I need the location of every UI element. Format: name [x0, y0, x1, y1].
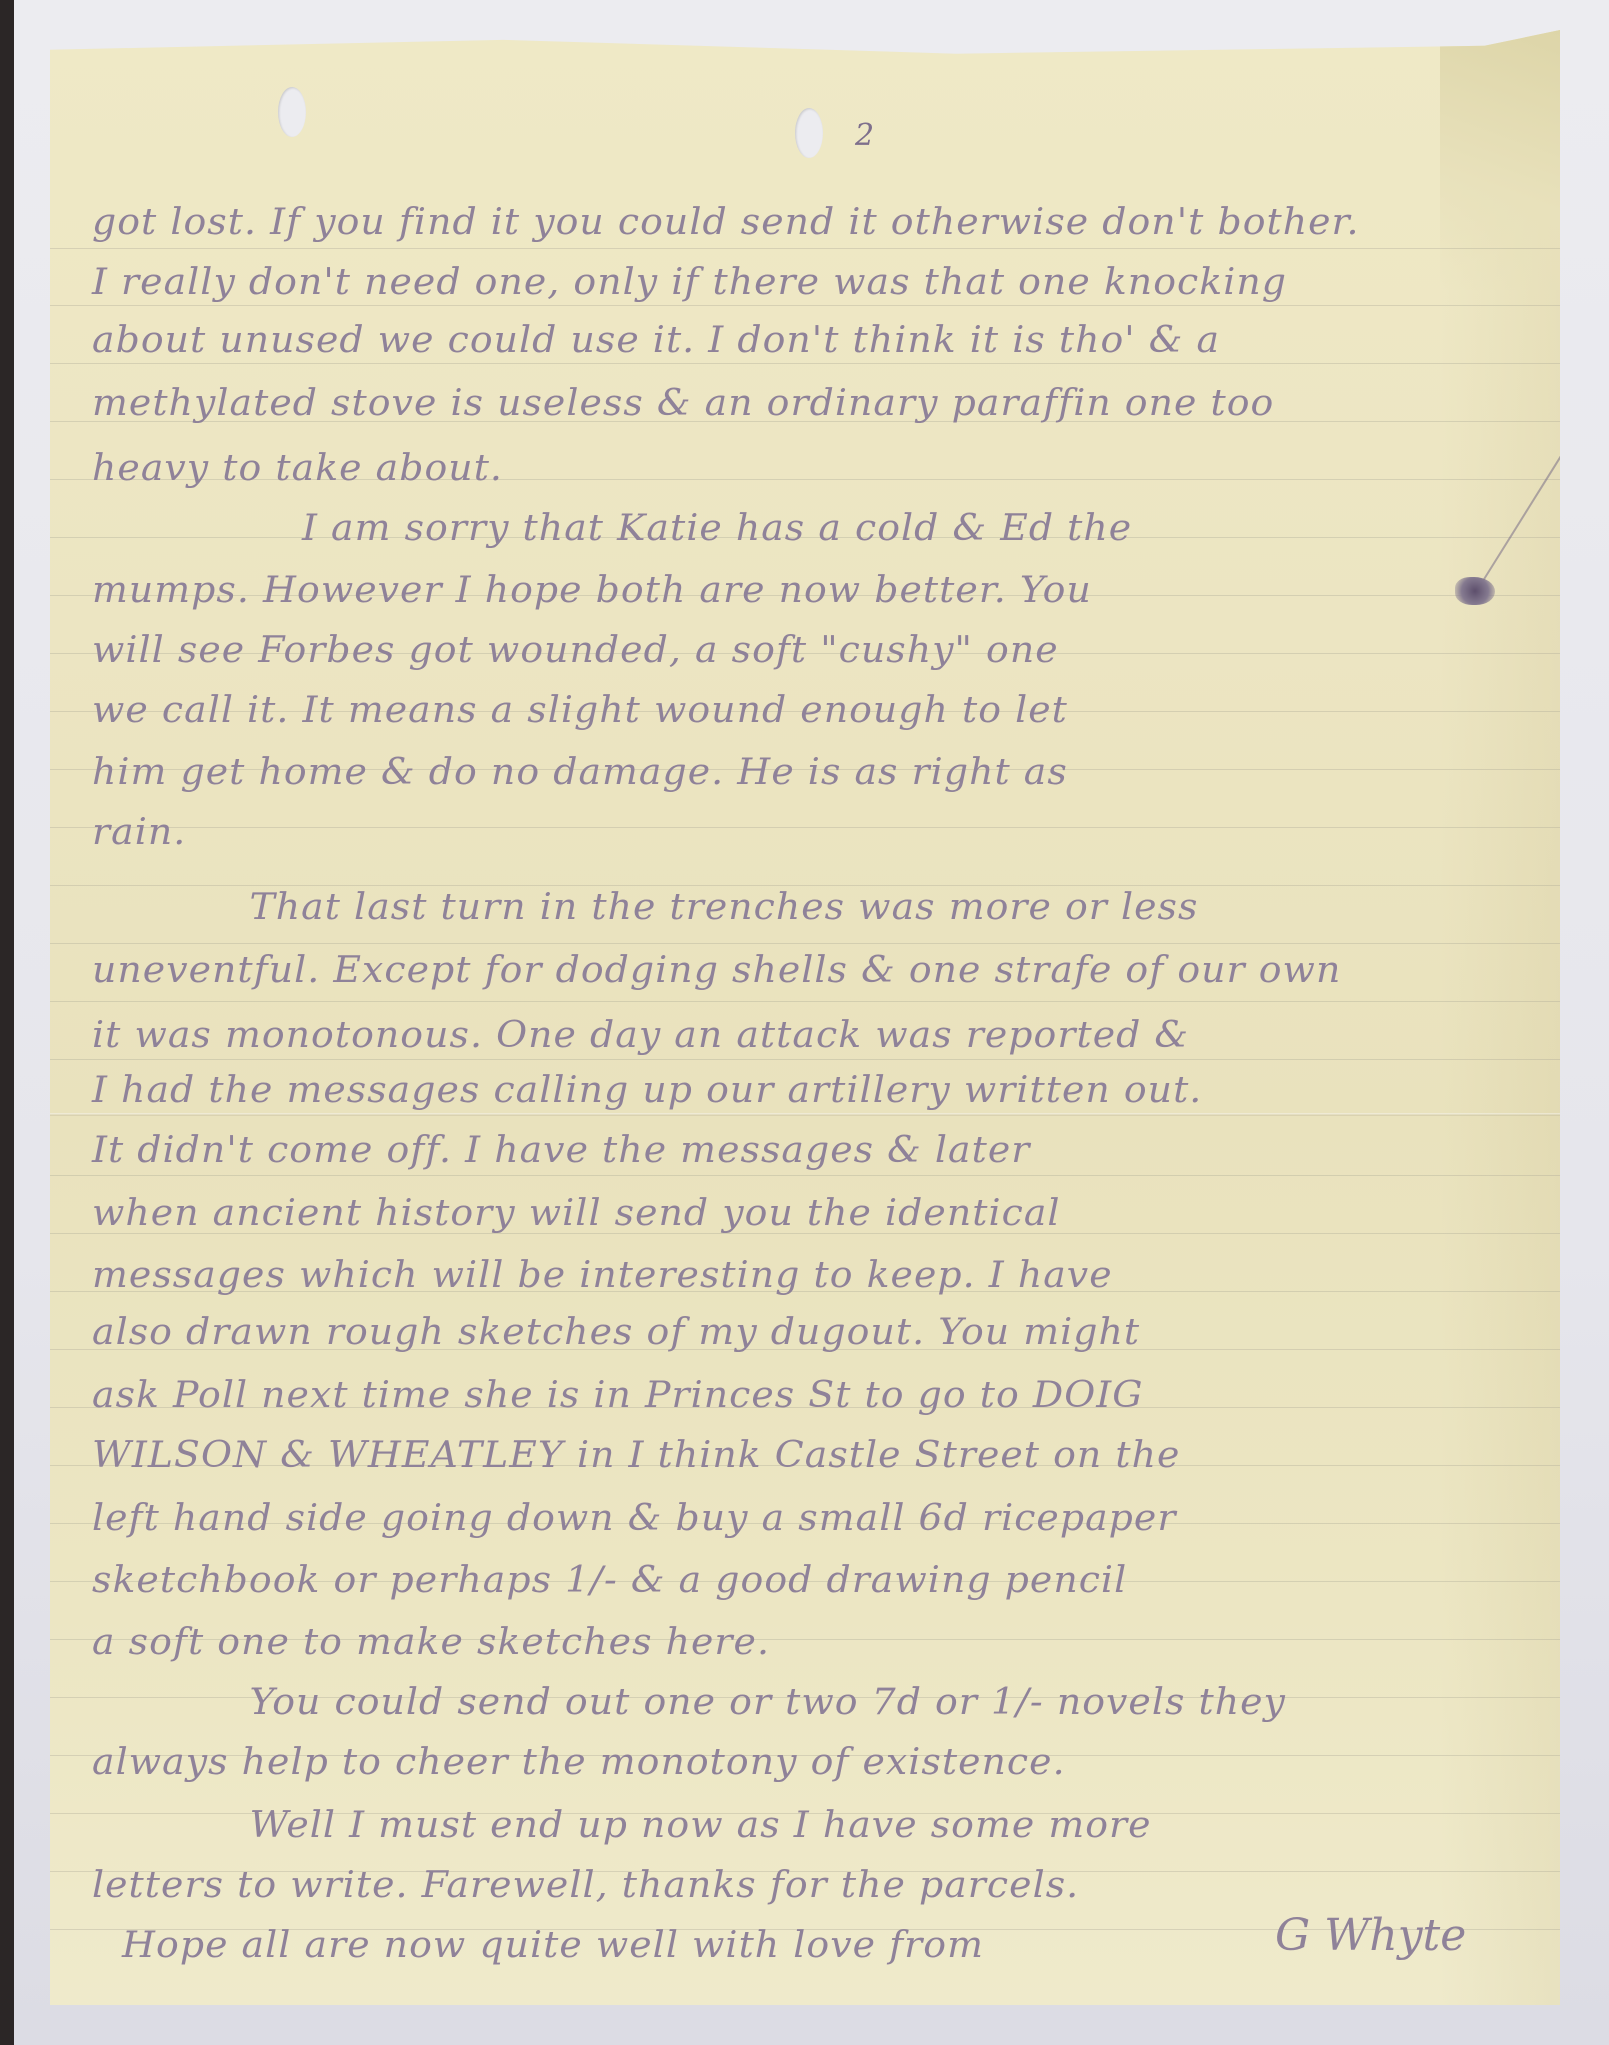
letter-line: messages which will be interesting to ke… — [92, 1255, 1604, 1296]
fold-crease — [50, 1113, 1560, 1116]
letter-line: I really don't need one, only if there w… — [92, 262, 1604, 303]
letter-line: a soft one to make sketches here. — [92, 1622, 1604, 1663]
letter-line: ask Poll next time she is in Princes St … — [92, 1375, 1604, 1416]
ruled-line — [50, 1001, 1560, 1002]
letter-line: when ancient history will send you the i… — [92, 1193, 1604, 1234]
letter-line: That last turn in the trenches was more … — [92, 887, 1609, 928]
ruled-line — [50, 1059, 1560, 1060]
letter-line: got lost. If you find it you could send … — [92, 202, 1604, 243]
letter-line: letters to write. Farewell, thanks for t… — [92, 1865, 1604, 1906]
letter-line: I am sorry that Katie has a cold & Ed th… — [92, 508, 1609, 549]
letter-line: also drawn rough sketches of my dugout. … — [92, 1312, 1604, 1353]
letter-line: heavy to take about. — [92, 448, 1604, 489]
letter-line: uneventful. Except for dodging shells & … — [92, 950, 1604, 991]
letter-line: Well I must end up now as I have some mo… — [92, 1805, 1609, 1846]
punch-hole-left — [278, 87, 306, 137]
letter-line: him get home & do no damage. He is as ri… — [92, 752, 1604, 793]
letter-page: 2 got lost. If you find it you could sen… — [50, 30, 1560, 2005]
letter-line: WILSON & WHEATLEY in I think Castle Stre… — [92, 1435, 1604, 1476]
punch-hole-center — [795, 108, 823, 158]
letter-line: You could send out one or two 7d or 1/- … — [92, 1682, 1609, 1723]
letter-line: rain. — [92, 812, 1604, 853]
signature: G Whyte — [1275, 1910, 1466, 1961]
letter-line: sketchbook or perhaps 1/- & a good drawi… — [92, 1560, 1604, 1601]
ruled-line — [50, 305, 1560, 306]
letter-line: Hope all are now quite well with love fr… — [122, 1925, 1298, 1966]
letter-line: always help to cheer the monotony of exi… — [92, 1742, 1604, 1783]
letter-line: will see Forbes got wounded, a soft "cus… — [92, 630, 1604, 671]
letter-line: methylated stove is useless & an ordinar… — [92, 383, 1604, 424]
letter-line: we call it. It means a slight wound enou… — [92, 690, 1604, 731]
letter-line: left hand side going down & buy a small … — [92, 1498, 1604, 1539]
letter-line: I had the messages calling up our artill… — [92, 1070, 1604, 1111]
corner-fold — [1440, 30, 1560, 290]
ruled-line — [50, 1175, 1560, 1176]
page-number: 2 — [855, 118, 874, 153]
letter-line: It didn't come off. I have the messages … — [92, 1130, 1604, 1171]
letter-line: it was monotonous. One day an attack was… — [92, 1015, 1604, 1056]
ruled-line — [50, 885, 1560, 886]
letter-line: about unused we could use it. I don't th… — [92, 320, 1604, 361]
ruled-line — [50, 363, 1560, 364]
frame-edge — [0, 0, 14, 2045]
ruled-line — [50, 248, 1560, 249]
letter-line: mumps. However I hope both are now bette… — [92, 570, 1604, 611]
ruled-line — [50, 943, 1560, 944]
